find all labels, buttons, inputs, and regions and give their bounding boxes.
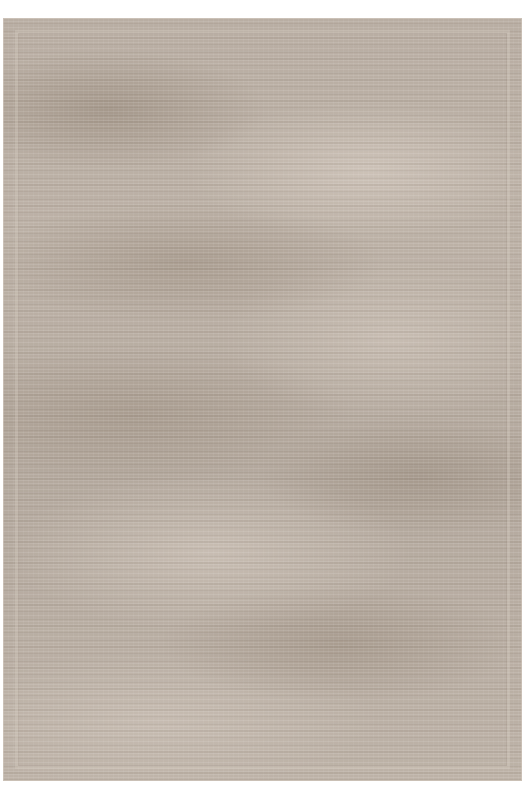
rug-inner-border <box>15 30 510 769</box>
rug-image <box>3 18 522 781</box>
